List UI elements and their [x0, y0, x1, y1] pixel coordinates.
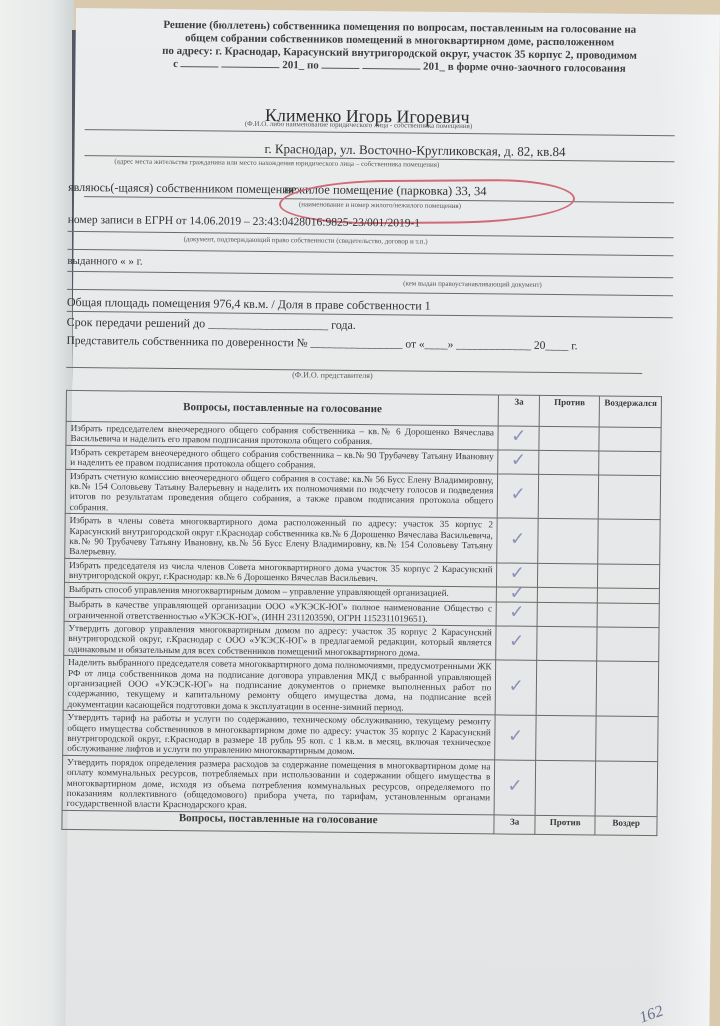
vote-cell-abstain[interactable]: [597, 603, 659, 627]
ballot-header: Решение (бюллетень) собственника помещен…: [89, 18, 710, 76]
vote-cell-abstain[interactable]: [597, 627, 659, 662]
date-from-day[interactable]: [181, 66, 219, 67]
footer-against: Против: [535, 815, 596, 835]
question-text: Избрать счетную комиссию внеочередного о…: [65, 469, 498, 518]
vote-cell-for[interactable]: ✓: [498, 474, 539, 519]
table-row: Избрать счетную комиссию внеочередного о…: [65, 469, 660, 520]
vote-cell-against[interactable]: [537, 587, 598, 603]
header-for: За: [499, 395, 540, 426]
deadline: Срок передачи решений до _______________…: [67, 315, 356, 333]
vote-cell-for[interactable]: ✓: [498, 450, 539, 474]
date-to-day[interactable]: [322, 68, 360, 69]
vote-cell-for[interactable]: ✓: [495, 660, 536, 715]
voting-form: в форме очно-заочного голосования: [448, 61, 626, 75]
vote-cell-abstain[interactable]: [596, 761, 658, 817]
checkmark-icon: ✓: [509, 582, 524, 603]
vote-cell-against[interactable]: [537, 602, 598, 626]
left-page: [0, 0, 74, 1026]
name-caption: (Ф.И.О. либо наименование юридического л…: [245, 120, 473, 130]
header-abstain: Воздержался: [600, 396, 662, 428]
vote-cell-for[interactable]: ✓: [497, 587, 538, 603]
vote-cell-against[interactable]: [536, 660, 597, 716]
vote-cell-against[interactable]: [537, 563, 598, 587]
checkmark-icon: ✓: [509, 602, 524, 623]
vote-cell-against[interactable]: [538, 474, 599, 519]
issued-underline: [67, 270, 673, 278]
voting-table: Вопросы, поставленные на голосование За …: [61, 390, 662, 836]
proxy-caption: (Ф.И.О. представителя): [292, 370, 373, 380]
vote-cell-against[interactable]: [536, 716, 597, 761]
checkmark-icon: ✓: [511, 426, 526, 447]
checkmark-icon: ✓: [508, 676, 523, 697]
doc-caption: (документ, подтверждающий право собствен…: [184, 235, 428, 246]
date-from-prefix: с: [173, 58, 178, 70]
vote-cell-abstain[interactable]: [599, 451, 661, 475]
vote-cell-abstain[interactable]: [598, 519, 660, 564]
question-text: Избрать в члены совета многоквартирного …: [65, 514, 498, 563]
issued-caption: (кем выдан правоустанавливающий документ…: [403, 279, 542, 288]
proxy-line: Представитель собственника по довереннос…: [66, 335, 577, 352]
doc-underline: [67, 248, 673, 256]
question-text: Утвердить договор управления многокварти…: [64, 621, 497, 660]
date-to-prefix: по: [307, 59, 319, 71]
table-row: Наделить выбранного председателя совета …: [63, 656, 659, 717]
table-row: Избрать в члены совета многоквартирного …: [65, 514, 660, 565]
vote-cell-abstain[interactable]: [599, 427, 661, 451]
table-row: Утвердить порядок определения размера ра…: [62, 755, 658, 816]
footer-abstain: Воздер: [595, 816, 657, 836]
vote-cell-against[interactable]: [535, 760, 596, 816]
date-from-year: 201_: [282, 59, 304, 71]
vote-cell-abstain[interactable]: [598, 588, 660, 604]
vote-cell-for[interactable]: ✓: [496, 626, 537, 661]
vote-cell-against[interactable]: [538, 519, 599, 564]
vote-cell-for[interactable]: ✓: [497, 518, 538, 563]
date-to-month[interactable]: [362, 68, 420, 70]
checkmark-icon: ✓: [507, 775, 522, 796]
vote-cell-for[interactable]: ✓: [495, 715, 536, 760]
vote-cell-abstain[interactable]: [596, 716, 658, 761]
footer-for: За: [494, 815, 535, 834]
vote-cell-for[interactable]: ✓: [496, 602, 537, 626]
name-underline: [85, 128, 675, 136]
vote-cell-for[interactable]: ✓: [498, 426, 539, 450]
ballot-page: Решение (бюллетень) собственника помещен…: [65, 8, 720, 1026]
vote-cell-against[interactable]: [539, 426, 600, 450]
vote-cell-against[interactable]: [537, 626, 598, 661]
vote-cell-abstain[interactable]: [599, 475, 661, 520]
checkmark-icon: ✓: [511, 450, 526, 471]
issued-label: выданного « » г.: [67, 255, 142, 268]
checkmark-icon: ✓: [510, 484, 525, 505]
checkmark-icon: ✓: [510, 563, 525, 584]
vote-cell-abstain[interactable]: [597, 661, 659, 717]
footer-questions: Вопросы, поставленные на голосование: [62, 810, 495, 834]
checkmark-icon: ✓: [508, 725, 523, 746]
egrn-record: номер записи в ЕГРН от 14.06.2019 – 23:4…: [68, 214, 420, 230]
vote-cell-against[interactable]: [539, 450, 600, 474]
date-to-year: 201_: [423, 61, 445, 73]
table-row: Утвердить тариф на работы и услуги по со…: [63, 711, 658, 762]
header-questions: Вопросы, поставленные на голосование: [66, 390, 499, 426]
question-text: Наделить выбранного председателя совета …: [63, 656, 496, 716]
question-text: Утвердить порядок определения размера ра…: [62, 755, 495, 815]
vote-cell-abstain[interactable]: [598, 564, 660, 588]
vote-cell-for[interactable]: ✓: [494, 760, 535, 815]
checkmark-icon: ✓: [510, 528, 525, 549]
header-against: Против: [539, 395, 600, 427]
checkmark-icon: ✓: [509, 631, 524, 652]
question-text: Утвердить тариф на работы и услуги по со…: [63, 711, 496, 760]
date-from-month[interactable]: [221, 67, 279, 69]
